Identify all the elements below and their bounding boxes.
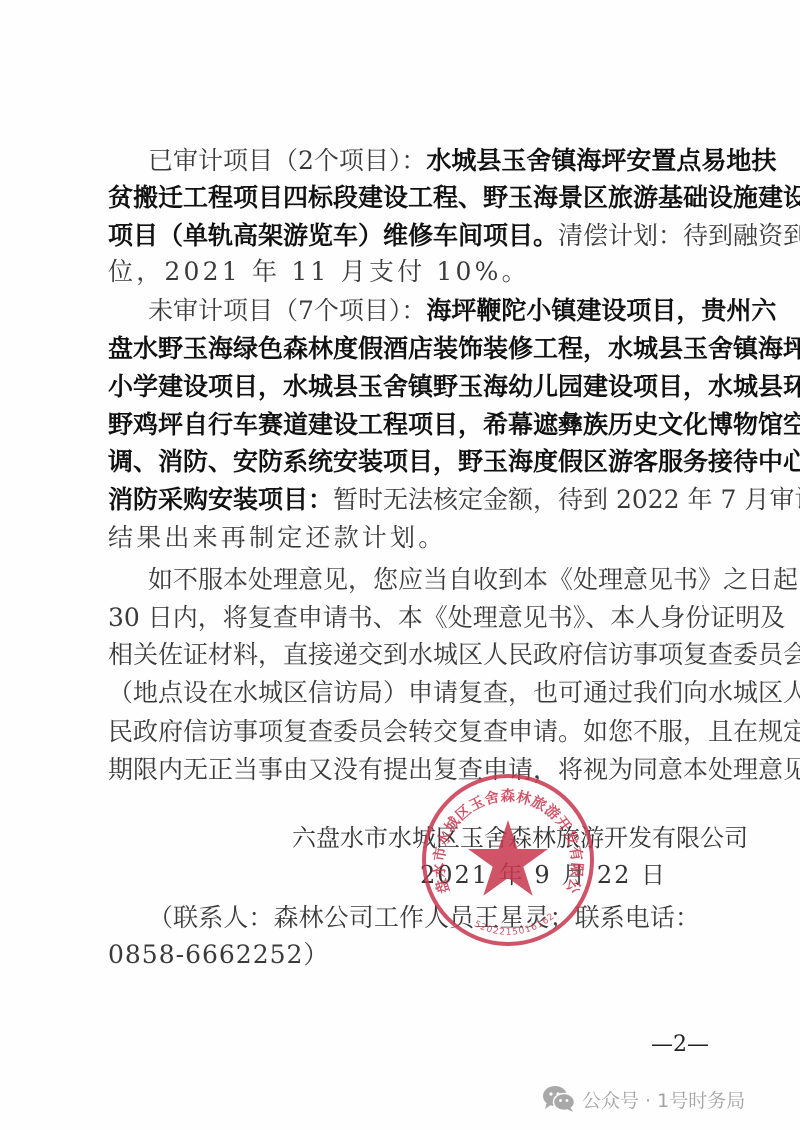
paragraph-review-line-5: 民政府信访事项复查委员会转交复查申请。如您不服，且在规定 — [108, 717, 700, 747]
review-notice-text: 相关佐证材料，直接递交到水城区人民政府信访事项复查委员会 — [108, 640, 800, 669]
unaudited-projects-text: 盘水野玉海绿色森林度假酒店装饰装修工程，水城县玉舍镇海坪 — [108, 334, 800, 363]
unaudited-projects-text: 小学建设项目，水城县玉舍镇野玉海幼儿园建设项目，水城县环 — [108, 372, 800, 401]
signature-date: 2021 年 9 月 22 日 — [420, 860, 600, 890]
review-notice-text: （地点设在水城区信访局）申请复查，也可通过我们向水城区人 — [108, 678, 800, 707]
unaudited-projects-text: 海坪鞭陀小镇建设项目，贵州六 — [426, 296, 776, 325]
paragraph-unaudited-line-7: 结果出来再制定还款计划。 — [108, 523, 700, 553]
paragraph-review-line-2: 30 日内，将复查申请书、本《处理意见书》、本人身份证明及 — [108, 603, 700, 633]
paragraph-audited-line-1: 已审计项目（2个项目）：水城县玉舍镇海坪安置点易地扶 — [148, 146, 700, 176]
watermark-text: 公众号 · 1号时务局 — [582, 1086, 745, 1113]
paragraph-review-line-3: 相关佐证材料，直接递交到水城区人民政府信访事项复查委员会 — [108, 640, 700, 670]
paragraph-unaudited-line-5: 调、消防、安防系统安装项目，野玉海度假区游客服务接待中心 — [108, 447, 700, 477]
review-notice-text: 民政府信访事项复查委员会转交复查申请。如您不服，且在规定 — [108, 717, 800, 746]
repayment-plan-text: 清偿计划：待到融资到 — [558, 221, 800, 250]
contact-line-1: （联系人：森林公司工作人员王星灵；联系电话： — [148, 903, 700, 933]
paragraph-unaudited-line-2: 盘水野玉海绿色森林度假酒店装饰装修工程，水城县玉舍镇海坪 — [108, 334, 700, 364]
page-number: —2— — [640, 1032, 720, 1058]
contact-line-2: 0858-6662252） — [108, 940, 700, 970]
repayment-plan-text: 位，2021 年 11 月支付 10%。 — [108, 257, 530, 286]
unaudited-projects-text: 调、消防、安防系统安装项目，野玉海度假区游客服务接待中心 — [108, 447, 800, 476]
review-notice-text: 期限内无正当事由又没有提出复查申请，将视为同意本处理意见。 — [108, 755, 800, 784]
review-notice-text: 如不服本处理意见，您应当自收到本《处理意见书》之日起 — [148, 565, 798, 594]
audited-projects-text: 贫搬迁工程项目四标段建设工程、野玉海景区旅游基础设施建设 — [108, 183, 800, 212]
audited-projects-text: 项目（单轨高架游览车）维修车间项目。 — [108, 221, 558, 250]
review-notice-text: 30 日内，将复查申请书、本《处理意见书》、本人身份证明及 — [108, 603, 785, 632]
signature-company: 六盘水市水城区玉舍森林旅游开发有限公司 — [292, 823, 698, 853]
unaudited-projects-text: 野鸡坪自行车赛道建设工程项目，希幕遮彝族历史文化博物馆空 — [108, 410, 800, 439]
paragraph-audited-line-4: 位，2021 年 11 月支付 10%。 — [108, 257, 700, 287]
paragraph-review-line-6: 期限内无正当事由又没有提出复查申请，将视为同意本处理意见。 — [108, 755, 700, 785]
paragraph-review-line-1: 如不服本处理意见，您应当自收到本《处理意见书》之日起 — [148, 565, 700, 595]
paragraph-unaudited-line-6: 消防采购安装项目：暂时无法核定金额，待到 2022 年 7 月审计 — [108, 485, 700, 515]
unaudited-label: 未审计项目（7个项目）： — [148, 296, 426, 325]
repayment-plan-text: 结果出来再制定还款计划。 — [108, 523, 446, 552]
unaudited-projects-text: 消防采购安装项目： — [108, 485, 333, 514]
wechat-icon — [542, 1085, 576, 1113]
document-page: 已审计项目（2个项目）：水城县玉舍镇海坪安置点易地扶 贫搬迁工程项目四标段建设工… — [0, 0, 800, 1130]
contact-person-text: （联系人：森林公司工作人员王星灵；联系电话： — [148, 903, 700, 932]
paragraph-unaudited-line-3: 小学建设项目，水城县玉舍镇野玉海幼儿园建设项目，水城县环 — [108, 372, 700, 402]
paragraph-audited-line-3: 项目（单轨高架游览车）维修车间项目。清偿计划：待到融资到 — [108, 221, 700, 251]
contact-phone-text: 0858-6662252） — [108, 940, 329, 969]
wechat-watermark: 公众号 · 1号时务局 — [542, 1085, 745, 1113]
repayment-plan-text: 暂时无法核定金额，待到 2022 年 7 月审计 — [333, 485, 800, 514]
audited-projects-text: 水城县玉舍镇海坪安置点易地扶 — [426, 146, 776, 175]
paragraph-unaudited-line-4: 野鸡坪自行车赛道建设工程项目，希幕遮彝族历史文化博物馆空 — [108, 410, 700, 440]
paragraph-audited-line-2: 贫搬迁工程项目四标段建设工程、野玉海景区旅游基础设施建设 — [108, 183, 700, 213]
paragraph-unaudited-line-1: 未审计项目（7个项目）：海坪鞭陀小镇建设项目，贵州六 — [148, 296, 700, 326]
audited-label: 已审计项目（2个项目）： — [148, 146, 426, 175]
paragraph-review-line-4: （地点设在水城区信访局）申请复查，也可通过我们向水城区人 — [108, 678, 700, 708]
